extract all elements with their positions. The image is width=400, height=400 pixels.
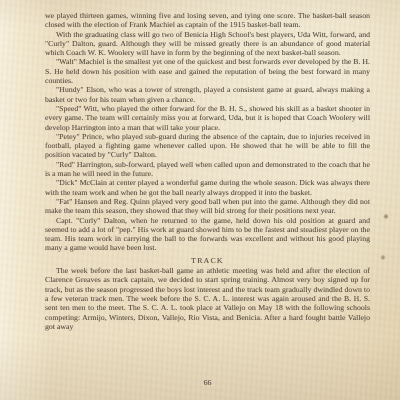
- paragraph: "Speed" Witt, who played the other forwa…: [45, 104, 370, 132]
- scanned-book-page: we played thirteen games, winning five a…: [0, 0, 400, 400]
- paragraph: With the graduating class will go two of…: [45, 30, 370, 58]
- paragraph: "Petey" Prince, who played sub-guard dur…: [45, 132, 370, 160]
- ink-speck: [383, 214, 389, 219]
- page-number: 66: [45, 378, 370, 387]
- paragraph: "Red" Harrington, sub-forward, played we…: [45, 160, 370, 179]
- paragraph: Capt. "Curly" Dalton, when he returned t…: [45, 216, 370, 253]
- page-text-block: we played thirteen games, winning five a…: [45, 11, 370, 331]
- paragraph: "Dick" McClain at center played a wonder…: [45, 178, 370, 197]
- section-heading-track: TRACK: [45, 256, 370, 265]
- paragraph: "Hundy" Elson, who was a tower of streng…: [45, 85, 370, 104]
- paragraph: "Walt" Machiel is the smallest yet one o…: [45, 57, 370, 85]
- paragraph: The week before the last basket-ball gam…: [45, 266, 370, 331]
- paragraph: we played thirteen games, winning five a…: [45, 11, 370, 30]
- paragraph: "Fat" Hansen and Reg. Quinn played very …: [45, 197, 370, 216]
- ink-speck: [380, 255, 386, 260]
